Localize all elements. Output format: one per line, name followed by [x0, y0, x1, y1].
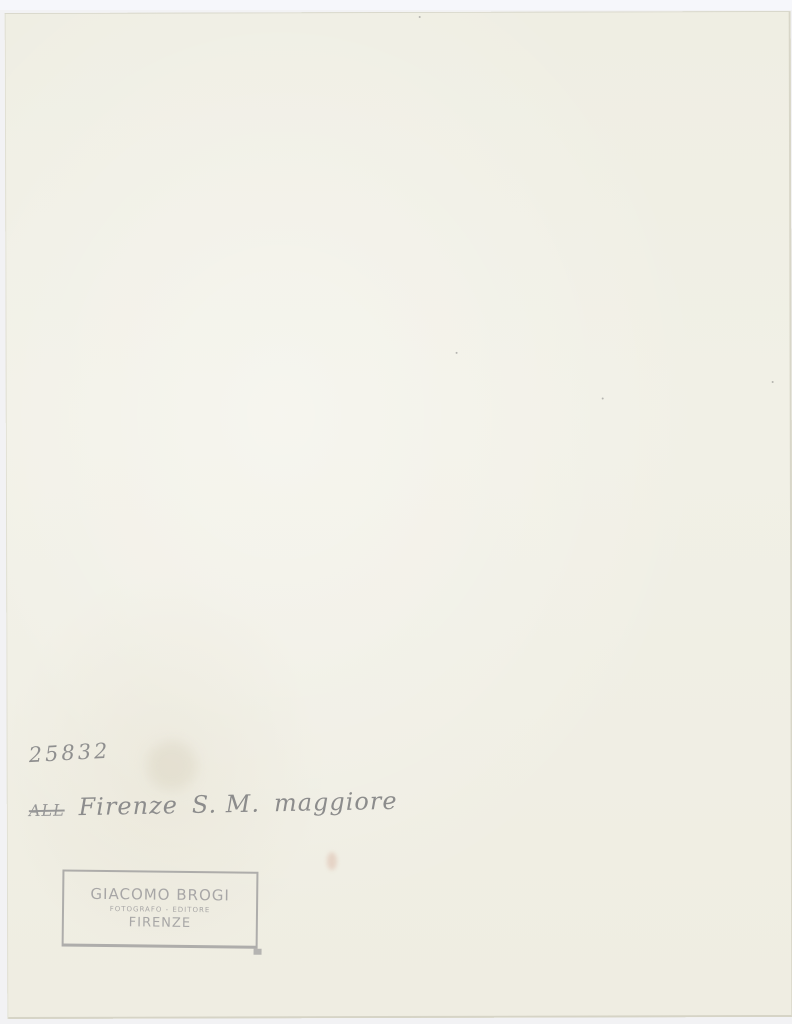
stamp-city: FIRENZE	[129, 915, 192, 932]
caption-word-maggiore: maggiore	[274, 787, 398, 817]
foxing-spot	[147, 741, 197, 791]
caption-word-city: Firenze	[78, 791, 178, 821]
stamp-ink-smudge	[254, 949, 262, 955]
publisher-stamp: GIACOMO BROGI FOTOGRAFO - EDITORE FIRENZ…	[62, 870, 259, 949]
scan-background: 25832 ALL Firenze S. M. maggiore GIACOMO…	[0, 0, 792, 1024]
speck	[456, 352, 458, 354]
photo-verso-card: 25832 ALL Firenze S. M. maggiore GIACOMO…	[5, 11, 792, 1019]
stamp-role: FOTOGRAFO - EDITORE	[110, 903, 211, 916]
caption-word-saint: S. M.	[192, 790, 261, 819]
struck-prefix: ALL	[29, 800, 65, 820]
stain-mark	[327, 852, 337, 870]
speck	[772, 381, 774, 383]
handwritten-caption: ALL Firenze S. M. maggiore	[29, 787, 398, 822]
stamp-name: GIACOMO BROGI	[90, 885, 230, 905]
speck	[602, 397, 604, 399]
speck	[419, 16, 421, 18]
inventory-number: 25832	[28, 739, 111, 767]
